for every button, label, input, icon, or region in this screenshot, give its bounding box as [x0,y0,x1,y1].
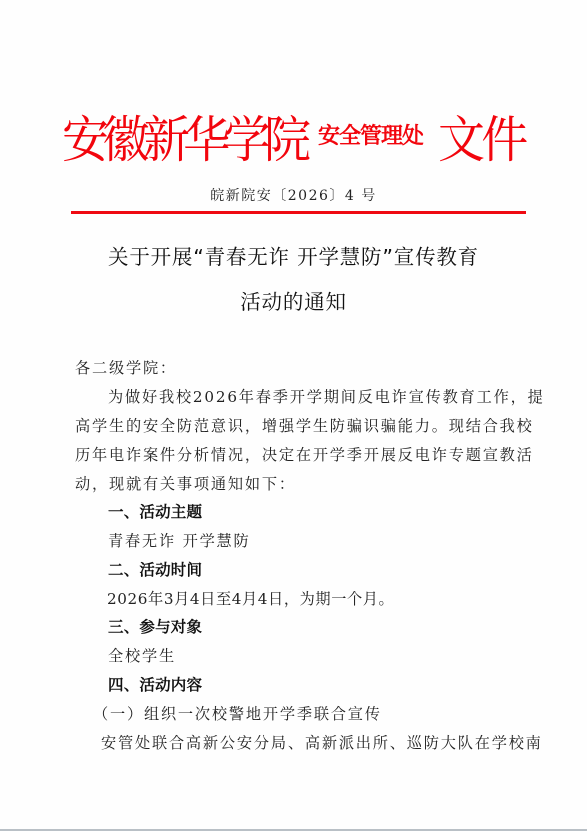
document-number: 皖新院安〔2026〕4 号 [0,185,587,205]
intro-line-1: 为做好我校2026年春季开学期间反电诈宣传教育工作，提 [108,387,545,407]
salutation: 各二级学院： [75,358,177,378]
intro-line-3: 历年电诈案件分析情况，决定在开学季开展反电诈专题宣教活 [75,445,534,465]
notice-title-line-1: 关于开展“青春无诈 开学慧防”宣传教育 [0,240,587,270]
subsection-content-line-1: 安管处联合高新公安分局、高新派出所、巡防大队在学校南 [101,733,543,753]
section-heading-time: 二、活动时间 [108,560,202,580]
letterhead-suffix: 文件 [438,104,524,176]
document-page: 安徽新华学院 安全管理处 文件 皖新院安〔2026〕4 号 关于开展“青春无诈 … [0,0,587,831]
subsection-heading: （一）组织一次校警地开学季联合宣传 [93,704,382,724]
section-content-time: 2026年3月4日至4月4日，为期一个月。 [107,589,394,609]
section-content-participants: 全校学生 [108,646,176,666]
red-divider-line [71,211,526,214]
letterhead-department: 安全管理处 [318,122,423,152]
intro-line-2: 高学生的安全防范意识，增强学生防骗识骗能力。现结合我校 [75,416,534,436]
section-heading-content: 四、活动内容 [108,675,202,695]
section-content-theme: 青春无诈 开学慧防 [108,531,251,551]
letterhead-institution: 安徽新华学院 [62,104,305,176]
intro-line-4: 动，现就有关事项通知如下： [75,474,296,494]
section-heading-participants: 三、参与对象 [108,617,202,637]
section-heading-theme: 一、活动主题 [108,502,202,522]
red-letterhead: 安徽新华学院 安全管理处 文件 [60,104,530,176]
notice-title-line-2: 活动的通知 [0,285,587,315]
